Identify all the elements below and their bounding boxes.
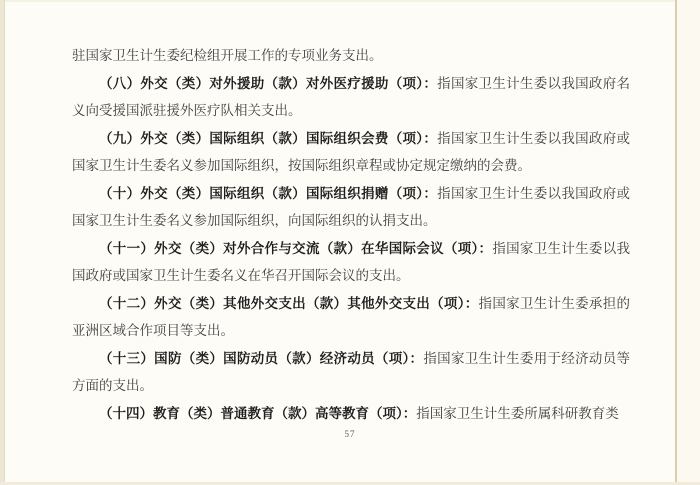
clause-paragraph-8: （八）外交（类）对外援助（款）对外医疗援助（项）：指国家卫生计生委以我国政府名义… [72, 70, 630, 125]
page-number: 57 [0, 429, 700, 439]
clause-body: 指国家卫生计生委所属科研教育类 [416, 406, 619, 421]
clause-paragraph-14: （十四）教育（类）普通教育（款）高等教育（项）：指国家卫生计生委所属科研教育类 [72, 400, 630, 428]
clause-heading: （十四）教育（类）普通教育（款）高等教育（项）： [99, 406, 416, 421]
page-content: 驻国家卫生计生委纪检组开展工作的专项业务支出。 （八）外交（类）对外援助（款）对… [72, 42, 630, 427]
clause-heading: （十三）国防（类）国防动员（款）经济动员（项）： [99, 351, 423, 366]
clause-heading: （八）外交（类）对外援助（款）对外医疗援助（项）： [99, 76, 437, 91]
clause-heading: （十）外交（类）国际组织（款）国际组织捐赠（项）： [99, 186, 437, 201]
clause-paragraph-10: （十）外交（类）国际组织（款）国际组织捐赠（项）：指国家卫生计生委以我国政府或国… [72, 180, 630, 235]
clause-heading: （十一）外交（类）对外合作与交流（款）在华国际会议（项）： [99, 241, 492, 256]
scan-edge-right-line [675, 0, 677, 485]
paragraph-continuation: 驻国家卫生计生委纪检组开展工作的专项业务支出。 [72, 42, 630, 70]
clause-paragraph-9: （九）外交（类）国际组织（款）国际组织会费（项）：指国家卫生计生委以我国政府或国… [72, 125, 630, 180]
clause-paragraph-12: （十二）外交（类）其他外交支出（款）其他外交支出（项）：指国家卫生计生委承担的亚… [72, 290, 630, 345]
scan-edge-left [0, 0, 5, 485]
clause-heading: （九）外交（类）国际组织（款）国际组织会费（项）： [99, 131, 437, 146]
scan-edge-right-margin [677, 0, 700, 485]
scan-edge-top [0, 0, 700, 2]
clause-paragraph-11: （十一）外交（类）对外合作与交流（款）在华国际会议（项）：指国家卫生计生委以我国… [72, 235, 630, 290]
scanned-document-page: 驻国家卫生计生委纪检组开展工作的专项业务支出。 （八）外交（类）对外援助（款）对… [0, 0, 700, 485]
clause-paragraph-13: （十三）国防（类）国防动员（款）经济动员（项）：指国家卫生计生委用于经济动员等方… [72, 345, 630, 400]
clause-heading: （十二）外交（类）其他外交支出（款）其他外交支出（项）： [99, 296, 479, 311]
